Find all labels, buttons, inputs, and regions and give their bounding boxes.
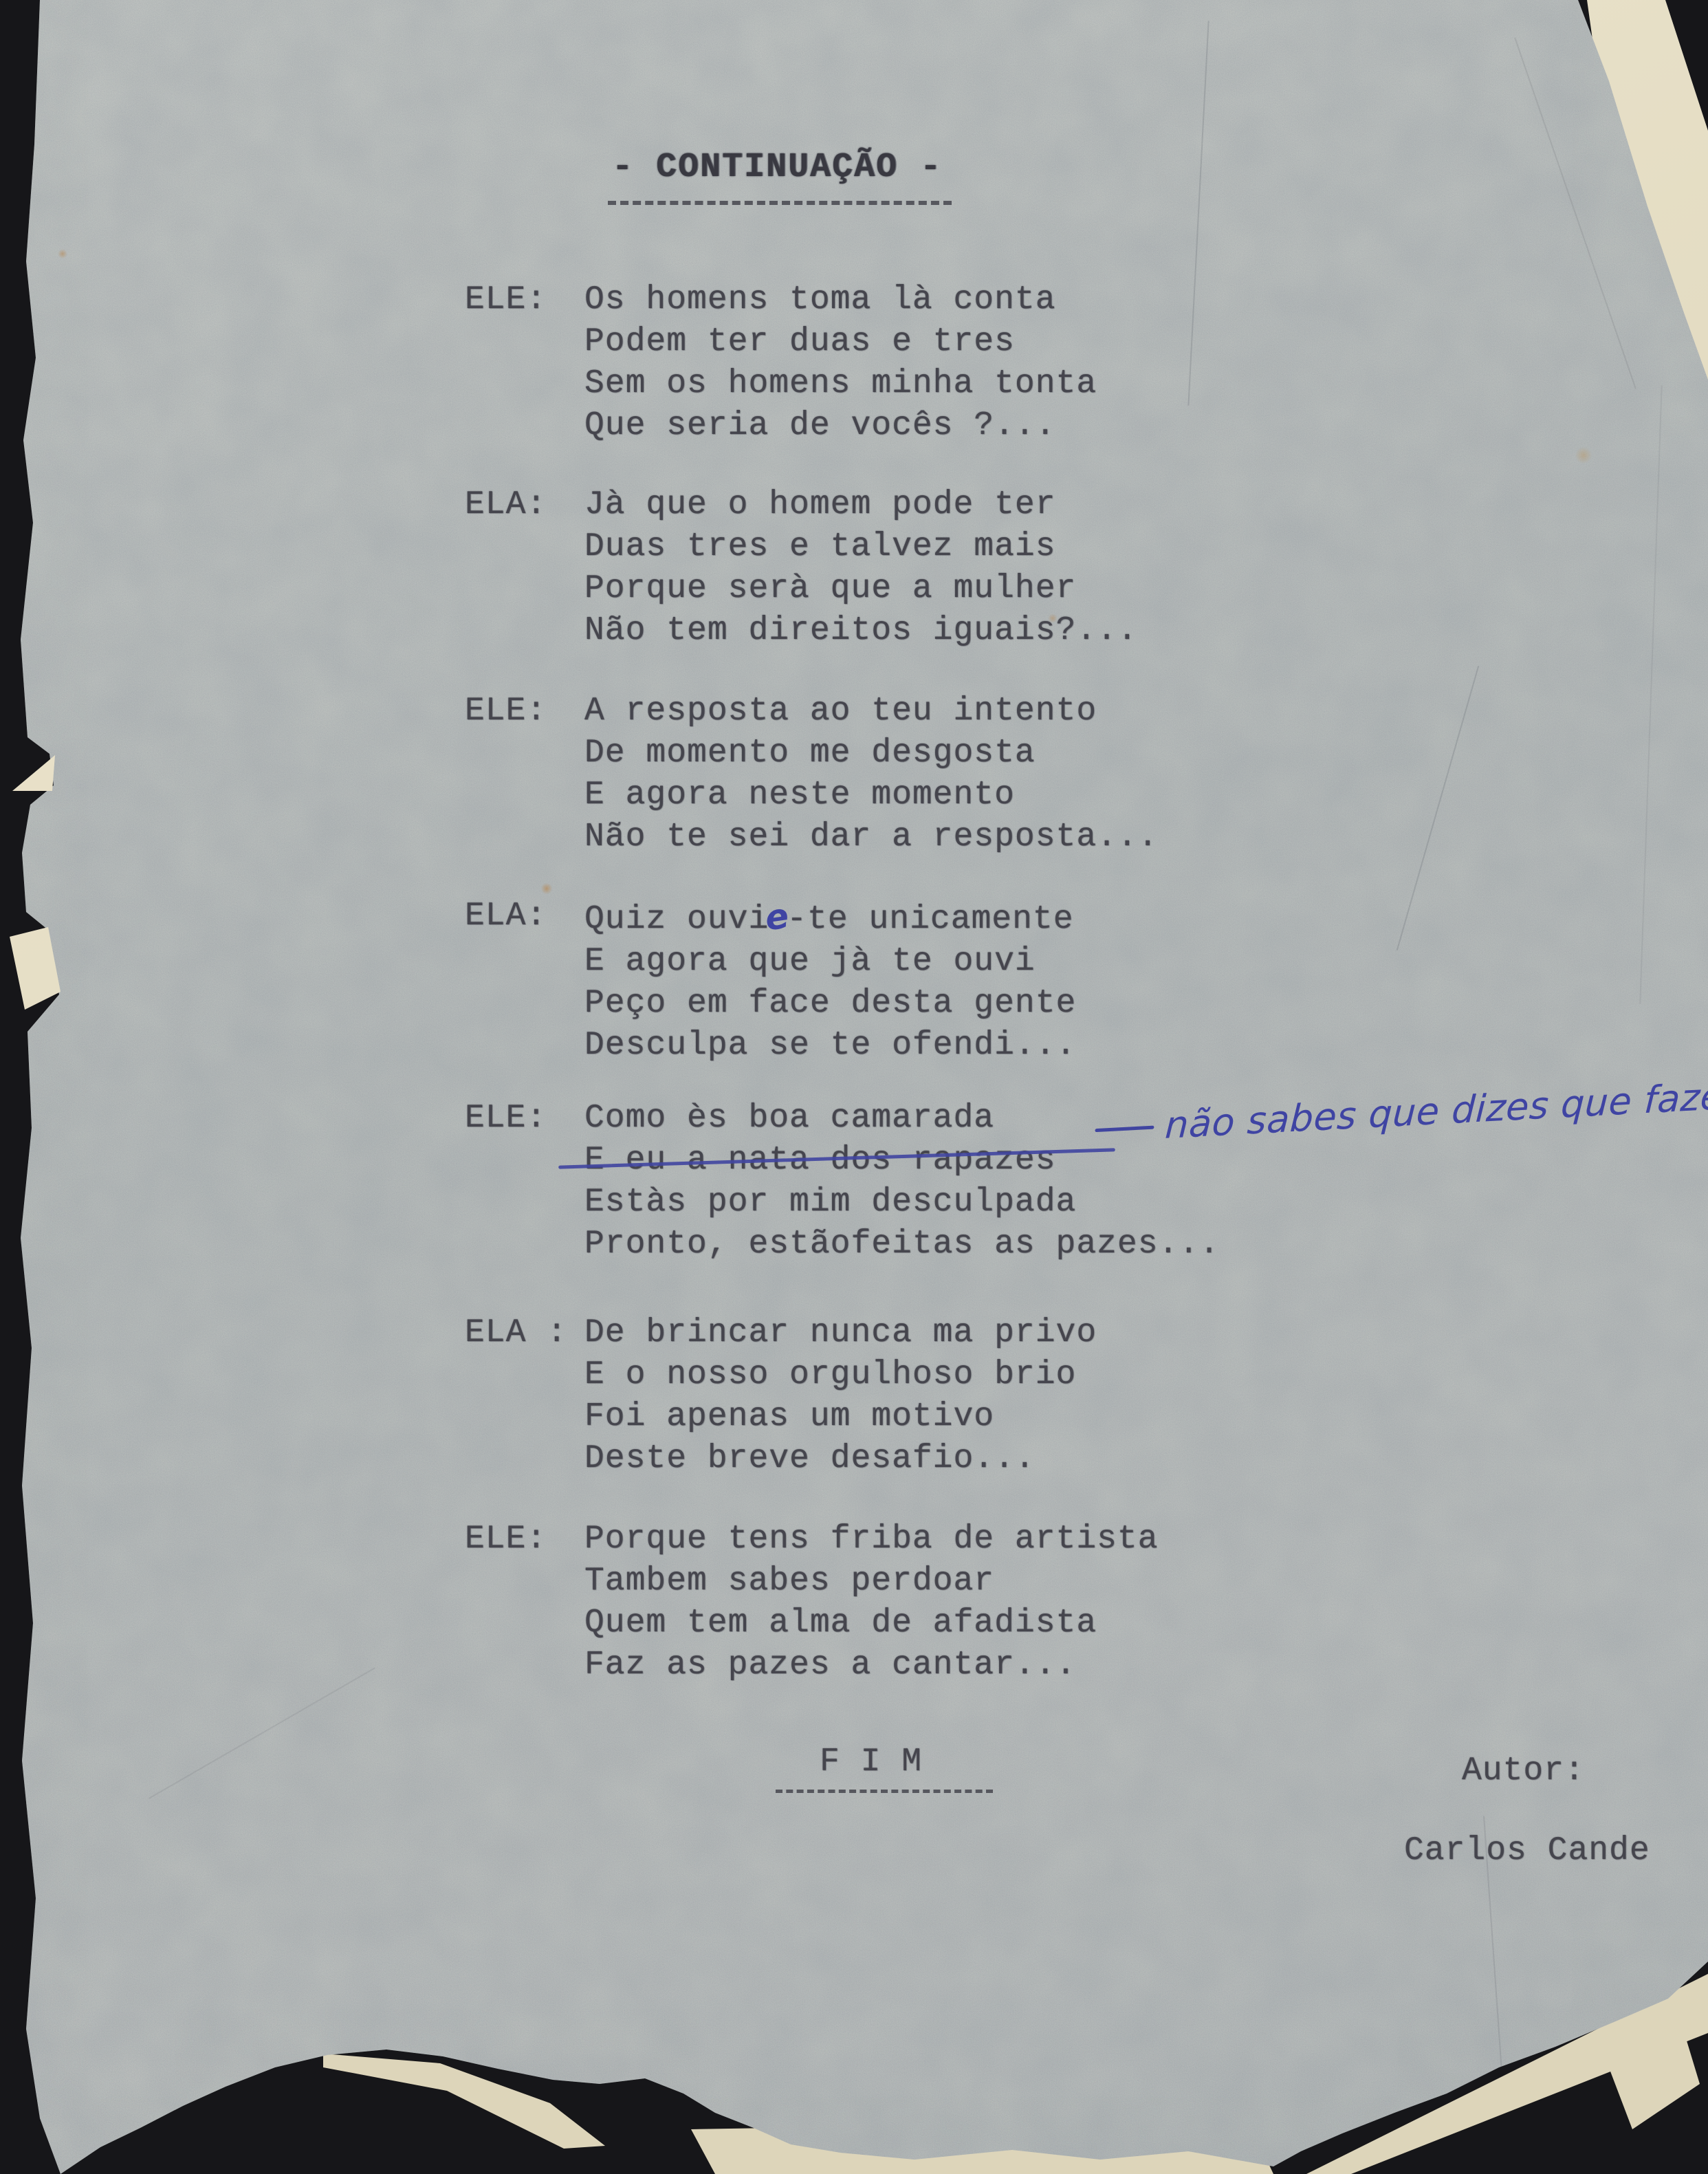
verse-lines: A resposta ao teu intentoDe momento me d…	[584, 691, 1159, 858]
verse-line: Porque tens friba de artista	[584, 1519, 1159, 1561]
verse-line: Pronto, estãofeitas as pazes...	[584, 1224, 1220, 1265]
verse-line: Estàs por mim desculpada	[584, 1182, 1220, 1224]
page-title: - CONTINUAÇÃO -	[612, 148, 942, 187]
verse-text: -te unicamente	[787, 901, 1073, 938]
verse-line: Faz as pazes a cantar...	[584, 1644, 1159, 1686]
verse-lines: Os homens toma là contaPodem ter duas e …	[584, 279, 1097, 447]
title-underline	[608, 201, 952, 205]
crease-line	[149, 1667, 375, 1799]
speaker-label: ELA :	[465, 1312, 584, 1480]
verse-text: Quiz ouvi	[584, 901, 769, 938]
verse-line: Que seria de vocês ?...	[584, 405, 1097, 447]
stain-spot	[540, 883, 553, 894]
verse-line: Porque serà que a mulher	[584, 568, 1138, 610]
verse-line: Duas tres e talvez mais	[584, 526, 1138, 568]
verse-line: De brincar nunca ma privo	[584, 1312, 1097, 1354]
scanned-document-page: - CONTINUAÇÃO - ELE:Os homens toma là co…	[0, 0, 1708, 2174]
fim-underline	[776, 1790, 993, 1793]
verse-line: Jà que o homem pode ter	[584, 484, 1138, 526]
stanza: ELE:Porque tens friba de artistaTambem s…	[465, 1519, 1159, 1686]
stanza: ELE:Os homens toma là contaPodem ter dua…	[465, 279, 1097, 447]
speaker-label: ELA:	[465, 484, 584, 652]
verse-line: Os homens toma là conta	[584, 279, 1097, 321]
verse-line: De momento me desgosta	[584, 732, 1159, 774]
verse-line: E agora neste momento	[584, 774, 1159, 816]
verse-line: E o nosso orgulhoso brio	[584, 1354, 1097, 1396]
paper-sheet: - CONTINUAÇÃO - ELE:Os homens toma là co…	[0, 0, 1708, 2174]
stain-spot	[58, 249, 67, 259]
verse-lines: Jà que o homem pode terDuas tres e talve…	[584, 484, 1138, 652]
speaker-label: ELE:	[465, 279, 584, 447]
crease-line	[1639, 385, 1662, 1004]
verse-line: Peço em face desta gente	[584, 983, 1076, 1025]
author-label: Autor:	[1462, 1752, 1585, 1790]
stanza: ELA:Jà que o homem pode terDuas tres e t…	[465, 484, 1138, 652]
verse-line: Tambem sabes perdoar	[584, 1561, 1159, 1602]
verse-line: Quiz ouvie-te unicamente	[584, 895, 1076, 941]
speaker-label: ELE:	[465, 1098, 584, 1265]
verse-line: E agora que jà te ouvi	[584, 941, 1076, 983]
verse-line: Foi apenas um motivo	[584, 1396, 1097, 1438]
verse-line: A resposta ao teu intento	[584, 691, 1159, 732]
verse-line: Podem ter duas e tres	[584, 321, 1097, 363]
fim-label: F I M	[820, 1743, 922, 1781]
verse-lines: Porque tens friba de artistaTambem sabes…	[584, 1519, 1159, 1686]
annotation-text: não sabes que dizes que fazes	[1164, 1074, 1708, 1147]
stanza: ELE:A resposta ao teu intentoDe momento …	[465, 691, 1159, 858]
speaker-label: ELA:	[465, 895, 584, 1067]
verse-line: Deste breve desafio...	[584, 1438, 1097, 1480]
speaker-label: ELE:	[465, 1519, 584, 1686]
annotation-dash	[1095, 1126, 1154, 1133]
verse-line: Quem tem alma de afadista	[584, 1602, 1159, 1644]
stanza: ELA:Quiz ouvie-te unicamenteE agora que …	[465, 895, 1076, 1067]
verse-line: Sem os homens minha tonta	[584, 363, 1097, 405]
verse-lines: Quiz ouvie-te unicamenteE agora que jà t…	[584, 895, 1076, 1067]
speaker-label: ELE:	[465, 691, 584, 858]
crease-line	[1187, 21, 1209, 405]
crease-line	[1397, 666, 1479, 950]
verse-line: Desculpa se te ofendi...	[584, 1025, 1076, 1067]
stanza: ELA :De brincar nunca ma privoE o nosso …	[465, 1312, 1097, 1480]
verse-line: Não tem direitos iguais?...	[584, 610, 1138, 652]
handwritten-annotation: não sabes que dizes que fazes	[1094, 1074, 1708, 1151]
verse-line: Não te sei dar a resposta...	[584, 816, 1159, 858]
verse-lines: De brincar nunca ma privoE o nosso orgul…	[584, 1312, 1097, 1480]
stain-spot	[1575, 447, 1592, 464]
author-name: Carlos Cande	[1404, 1832, 1650, 1869]
